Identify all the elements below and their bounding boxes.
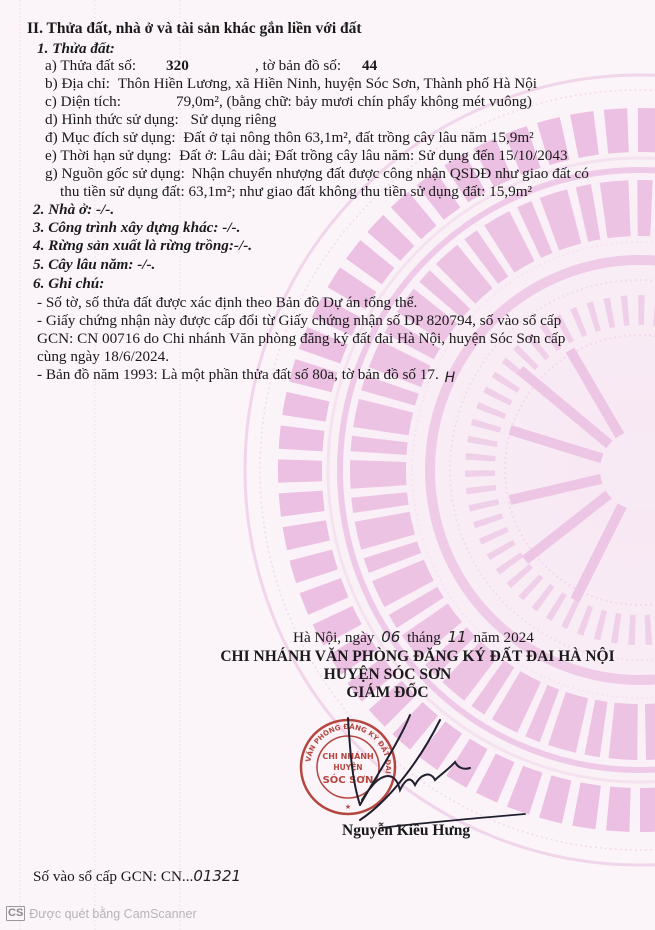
land-certificate-page: II. Thửa đất, nhà ở và tài sản khác gắn … — [0, 0, 655, 930]
camscanner-text: Được quét bằng CamScanner — [29, 907, 196, 921]
camscanner-footer: CS Được quét bằng CamScanner — [6, 906, 197, 921]
signer-title: GIÁM ĐỐC — [180, 684, 595, 702]
origin-value-1: Nhận chuyển nhượng đất được công nhận QS… — [192, 165, 589, 182]
land-heading: 1. Thửa đất: — [37, 40, 115, 58]
address-label: b) Địa chỉ: — [45, 75, 110, 92]
construction-item: 3. Công trình xây dựng khác: -/-. — [33, 219, 240, 237]
date-day: 06 — [381, 628, 400, 646]
perennial-item: 5. Cây lâu năm: -/-. — [33, 256, 155, 274]
registry-number-row: Số vào sổ cấp GCN: CN...01321 — [33, 867, 241, 886]
note-2-line-3: cùng ngày 18/6/2024. — [37, 348, 169, 366]
date-month-label: tháng — [407, 629, 441, 646]
usage-term-label: e) Thời hạn sử dụng: — [45, 147, 172, 164]
registry-label: Số vào sổ cấp GCN: CN... — [33, 868, 193, 885]
initials-mark: H — [445, 370, 456, 386]
section-title: II. Thửa đất, nhà ở và tài sản khác gắn … — [27, 20, 362, 38]
origin-value-2: thu tiền sử dụng đất: 63,1m²; như giao đ… — [60, 183, 532, 201]
parcel-number-row: a) Thửa đất số: 320 , tờ bản đồ số: 44 — [45, 57, 136, 75]
note-3: - Bản đồ năm 1993: Là một phần thửa đất … — [37, 366, 455, 384]
usage-purpose-value: Đất ở tại nông thôn 63,1m², đất trồng câ… — [183, 129, 533, 146]
camscanner-logo-icon: CS — [6, 906, 25, 921]
address-row: b) Địa chỉ: Thôn Hiền Lương, xã Hiền Nin… — [45, 75, 537, 93]
map-sheet-label: , tờ bản đồ số: — [255, 57, 341, 75]
date-prefix: Hà Nội, ngày — [293, 629, 374, 646]
date-line: Hà Nội, ngày 06 tháng 11 năm 2024 — [293, 628, 534, 647]
forest-item: 4. Rừng sản xuất là rừng trồng:-/-. — [33, 237, 252, 255]
usage-form-value: Sử dụng riêng — [191, 111, 277, 128]
usage-form-label: d) Hình thức sử dụng: — [45, 111, 179, 128]
usage-term-row: e) Thời hạn sử dụng: Đất ở: Lâu dài; Đất… — [45, 147, 568, 165]
parcel-number-value: 320 — [166, 57, 189, 75]
area-row: c) Diện tích: 79,0m², (bằng chữ: bảy mươ… — [45, 93, 121, 111]
issuing-office: CHI NHÁNH VĂN PHÒNG ĐĂNG KÝ ĐẤT ĐAI HÀ N… — [180, 648, 655, 666]
usage-purpose-label: đ) Mục đích sử dụng: — [45, 129, 176, 146]
usage-term-value: Đất ở: Lâu dài; Đất trồng cây lâu năm: S… — [179, 147, 567, 164]
usage-purpose-row: đ) Mục đích sử dụng: Đất ở tại nông thôn… — [45, 129, 534, 147]
date-month: 11 — [448, 628, 467, 646]
origin-row: g) Nguồn gốc sử dụng: Nhận chuyển nhượng… — [45, 165, 589, 183]
note-2-line-1: - Giấy chứng nhận này được cấp đổi từ Gi… — [37, 312, 561, 330]
registry-value: 01321 — [193, 867, 241, 885]
signer-name: Nguyễn Kiều Hưng — [342, 822, 470, 840]
notes-heading: 6. Ghi chú: — [33, 275, 104, 293]
address-value: Thôn Hiền Lương, xã Hiền Ninh, huyện Sóc… — [118, 75, 537, 92]
note-2-line-2: GCN: CN 00716 do Chi nhánh Văn phòng đăn… — [37, 330, 565, 348]
map-sheet-value: 44 — [362, 57, 377, 75]
date-year: năm 2024 — [474, 629, 534, 646]
handwritten-signature — [340, 710, 530, 840]
origin-label: g) Nguồn gốc sử dụng: — [45, 165, 185, 182]
note-3-text: - Bản đồ năm 1993: Là một phần thửa đất … — [37, 366, 439, 383]
house-item: 2. Nhà ở: -/-. — [33, 201, 114, 219]
parcel-number-label: a) Thửa đất số: — [45, 57, 136, 74]
area-value: 79,0m², (bằng chữ: bảy mươi chín phẩy kh… — [176, 93, 532, 111]
issuing-district: HUYỆN SÓC SƠN — [180, 666, 595, 684]
area-label: c) Diện tích: — [45, 93, 121, 110]
note-1: - Số tờ, số thửa đất được xác định theo … — [37, 294, 417, 312]
usage-form-row: d) Hình thức sử dụng: Sử dụng riêng — [45, 111, 276, 129]
